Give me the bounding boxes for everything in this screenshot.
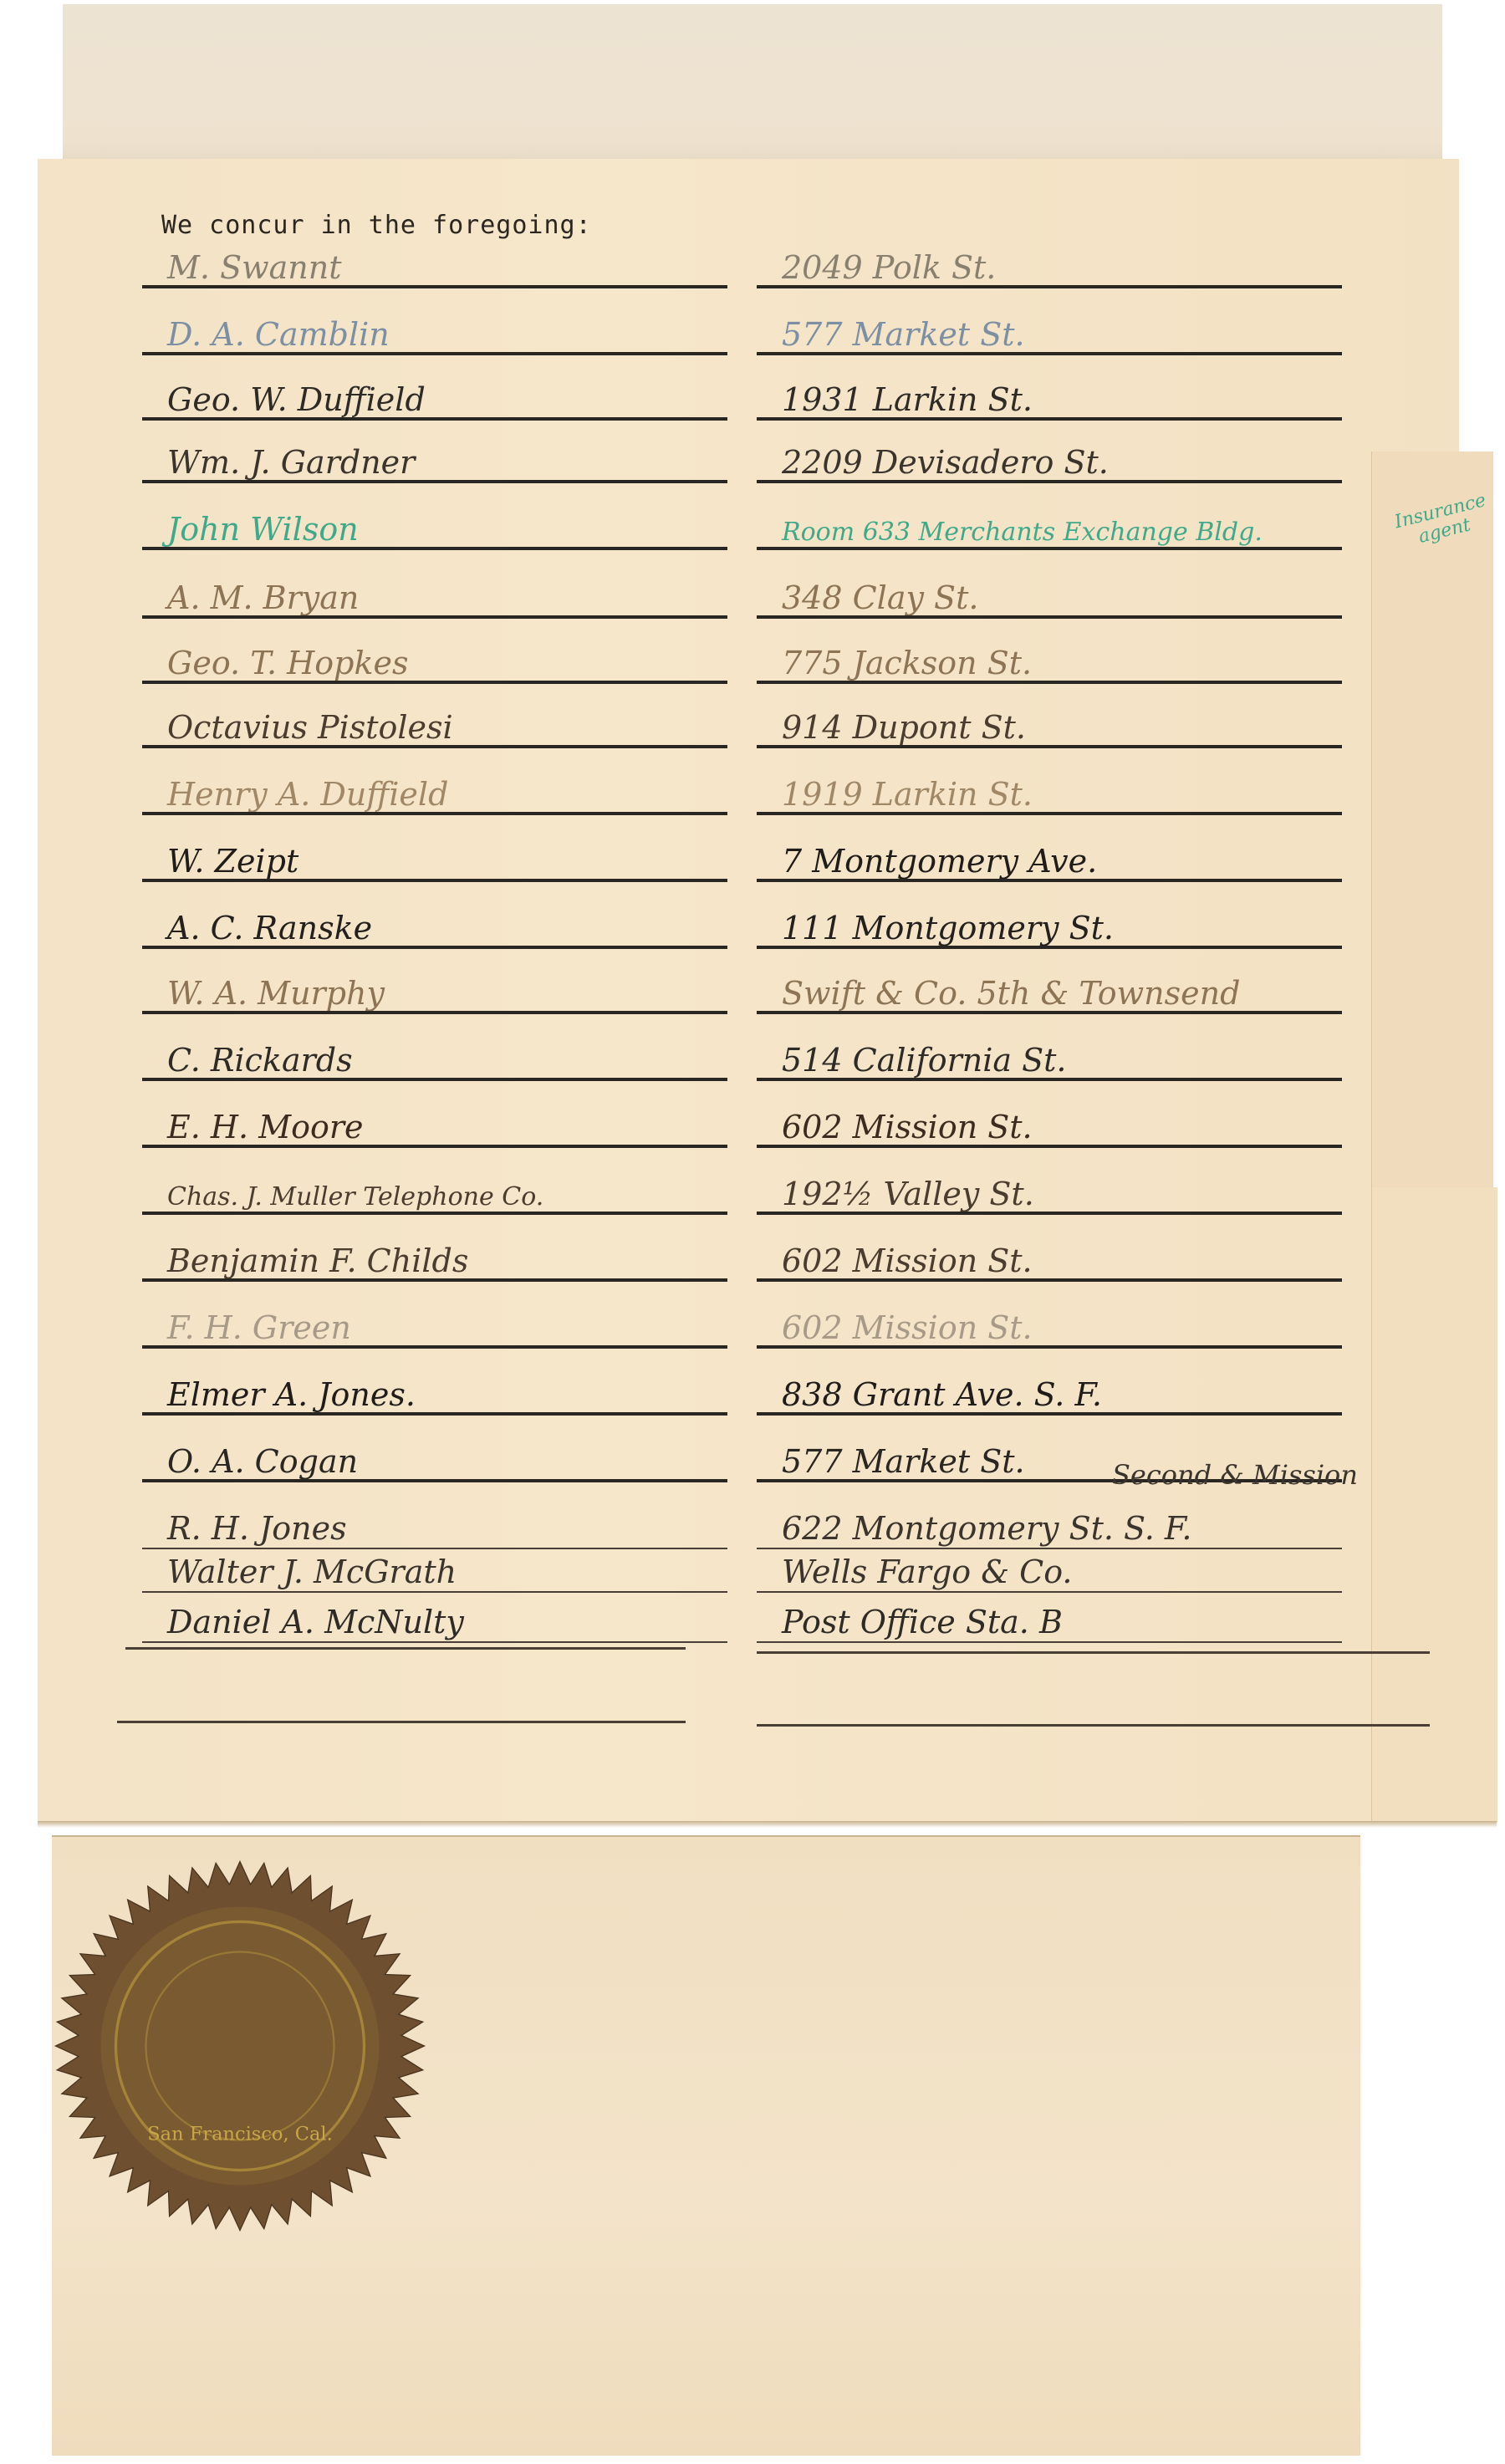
signatory-address: 775 Jackson St. [782,647,1032,679]
signatory-name: Geo. T. Hopkes [167,647,409,679]
name-rule-line [142,681,727,684]
signature-row: R. H. Jones622 Montgomery St. S. F. [0,1507,1505,1549]
address-rule-line [757,812,1342,815]
signatory-name: W. Zeipt [167,845,298,877]
signature-row: Chas. J. Muller Telephone Co.192½ Valley… [0,1173,1505,1215]
address-rule-line [757,285,1342,288]
name-rule-line [142,1548,727,1549]
signatory-name: W. A. Murphy [167,977,385,1009]
signature-row: Octavius Pistolesi914 Dupont St. [0,707,1505,748]
heading-concur: We concur in the foregoing: [161,211,592,240]
name-rule-line [142,1078,727,1081]
name-rule-line [142,812,727,815]
top-page-flap [63,4,1442,178]
signature-row: D. A. Camblin577 Market St. [0,314,1505,355]
signature-row: Geo. T. Hopkes775 Jackson St. [0,642,1505,684]
address-rule-line [757,1591,1342,1593]
address-rule-line [757,615,1342,619]
signatory-name: Octavius Pistolesi [167,712,453,743]
signatory-address: 602 Mission St. [782,1111,1033,1143]
name-rule-line [142,285,727,288]
signatory-name: Daniel A. McNulty [167,1606,464,1638]
signatory-address: 348 Clay St. [782,582,978,614]
signature-row: M. Swannt2049 Polk St. [0,247,1505,288]
signatory-name: M. Swannt [167,252,342,283]
address-rule-line [757,745,1342,748]
address-rule-line [757,1641,1342,1643]
signatory-address: 2209 Devisadero St. [782,446,1109,478]
signature-row: Elmer A. Jones.838 Grant Ave. S. F. [0,1374,1505,1416]
wells-fargo-location-note: Second & Mission [1112,1459,1358,1491]
blank-address-line-2 [757,1724,1430,1727]
signatory-address: 838 Grant Ave. S. F. [782,1379,1102,1411]
signatory-address: 602 Mission St. [782,1245,1033,1277]
name-rule-line [142,1412,727,1416]
address-rule-line [757,480,1342,483]
address-rule-line [757,1078,1342,1081]
signatory-name: Elmer A. Jones. [167,1379,416,1411]
signature-row: W. Zeipt7 Montgomery Ave. [0,840,1505,882]
signatory-name: Chas. J. Muller Telephone Co. [167,1185,543,1210]
address-rule-line [757,879,1342,882]
address-rule-line [757,946,1342,949]
signature-row: Benjamin F. Childs602 Mission St. [0,1240,1505,1282]
signature-row: Henry A. Duffield1919 Larkin St. [0,773,1505,815]
signatory-name: Walter J. McGrath [167,1556,457,1588]
signatory-address: 577 Market St. [782,319,1025,350]
name-rule-line [142,615,727,619]
address-rule-line [757,1011,1342,1014]
signatory-address: 7 Montgomery Ave. [782,845,1097,877]
signatory-address: 914 Dupont St. [782,712,1026,743]
signature-row: John WilsonRoom 633 Merchants Exchange B… [0,508,1505,550]
svg-text:San Francisco, Cal.: San Francisco, Cal. [147,2124,333,2145]
address-rule-line [757,681,1342,684]
signature-row: Wm. J. Gardner2209 Devisadero St. [0,441,1505,483]
name-rule-line [142,417,727,421]
signatory-name: John Wilson [167,513,359,545]
address-rule-line [757,1345,1342,1349]
signatory-name: C. Rickards [167,1044,353,1076]
signatory-name: A. M. Bryan [167,582,359,614]
blank-address-line [757,1651,1430,1654]
signatory-name: Henry A. Duffield [167,778,448,810]
signatory-name: A. C. Ranske [167,912,372,944]
signatory-name: F. H. Green [167,1312,351,1344]
gold-notary-seal-icon: San Francisco, Cal. [52,1858,428,2234]
signatory-name: Benjamin F. Childs [167,1245,468,1277]
signature-row: F. H. Green602 Mission St. [0,1307,1505,1349]
address-rule-line [757,1145,1342,1148]
signatory-address: 192½ Valley St. [782,1178,1034,1210]
signatory-address: 577 Market St. [782,1446,1025,1477]
name-rule-line [142,1011,727,1014]
name-rule-line [142,1212,727,1215]
name-rule-line [142,1641,727,1643]
signature-row: Walter J. McGrathWells Fargo & Co. [0,1551,1505,1593]
address-rule-line [757,1278,1342,1282]
signatory-name: Wm. J. Gardner [167,446,415,478]
signatory-name: D. A. Camblin [167,319,390,350]
signatory-name: E. H. Moore [167,1111,364,1143]
name-rule-line [142,1278,727,1282]
signature-row: C. Rickards514 California St. [0,1039,1505,1081]
signature-row: Daniel A. McNultyPost Office Sta. B [0,1601,1505,1643]
signatory-address: 622 Montgomery St. S. F. [782,1513,1191,1544]
blank-name-line [125,1647,686,1650]
signatory-name: O. A. Cogan [167,1446,358,1477]
address-rule-line [757,1412,1342,1416]
signatory-address: 2049 Polk St. [782,252,996,283]
name-rule-line [142,480,727,483]
signature-row: E. H. Moore602 Mission St. [0,1106,1505,1148]
name-rule-line [142,1591,727,1593]
name-rule-line [142,879,727,882]
torn-fold-line [38,1821,1497,1828]
address-rule-line [757,547,1342,550]
page-edge-fold-lower [1371,1187,1497,1823]
name-rule-line [142,547,727,550]
name-rule-line [142,1479,727,1482]
address-rule-line [757,352,1342,355]
signature-row: W. A. MurphySwift & Co. 5th & Townsend [0,972,1505,1014]
signatory-address: 1931 Larkin St. [782,384,1033,416]
signatory-address: 1919 Larkin St. [782,778,1033,810]
address-rule-line [757,1212,1342,1215]
signatory-address: Wells Fargo & Co. [782,1556,1073,1588]
signatory-address: Post Office Sta. B [782,1606,1063,1638]
signatory-name: R. H. Jones [167,1513,347,1544]
name-rule-line [142,1145,727,1148]
signature-row: A. C. Ranske111 Montgomery St. [0,907,1505,949]
signatory-address: Room 633 Merchants Exchange Bldg. [782,520,1263,545]
signature-row: Geo. W. Duffield1931 Larkin St. [0,379,1505,421]
signatory-name: Geo. W. Duffield [167,384,426,416]
name-rule-line [142,745,727,748]
signatory-address: 602 Mission St. [782,1312,1033,1344]
name-rule-line [142,352,727,355]
signatory-address: Swift & Co. 5th & Townsend [782,977,1240,1009]
signatory-address: 514 California St. [782,1044,1067,1076]
signatory-address: 111 Montgomery St. [782,912,1114,944]
name-rule-line [142,946,727,949]
address-rule-line [757,417,1342,421]
address-rule-line [757,1548,1342,1549]
signature-row: A. M. Bryan348 Clay St. [0,577,1505,619]
blank-name-line-2 [117,1721,686,1723]
name-rule-line [142,1345,727,1349]
